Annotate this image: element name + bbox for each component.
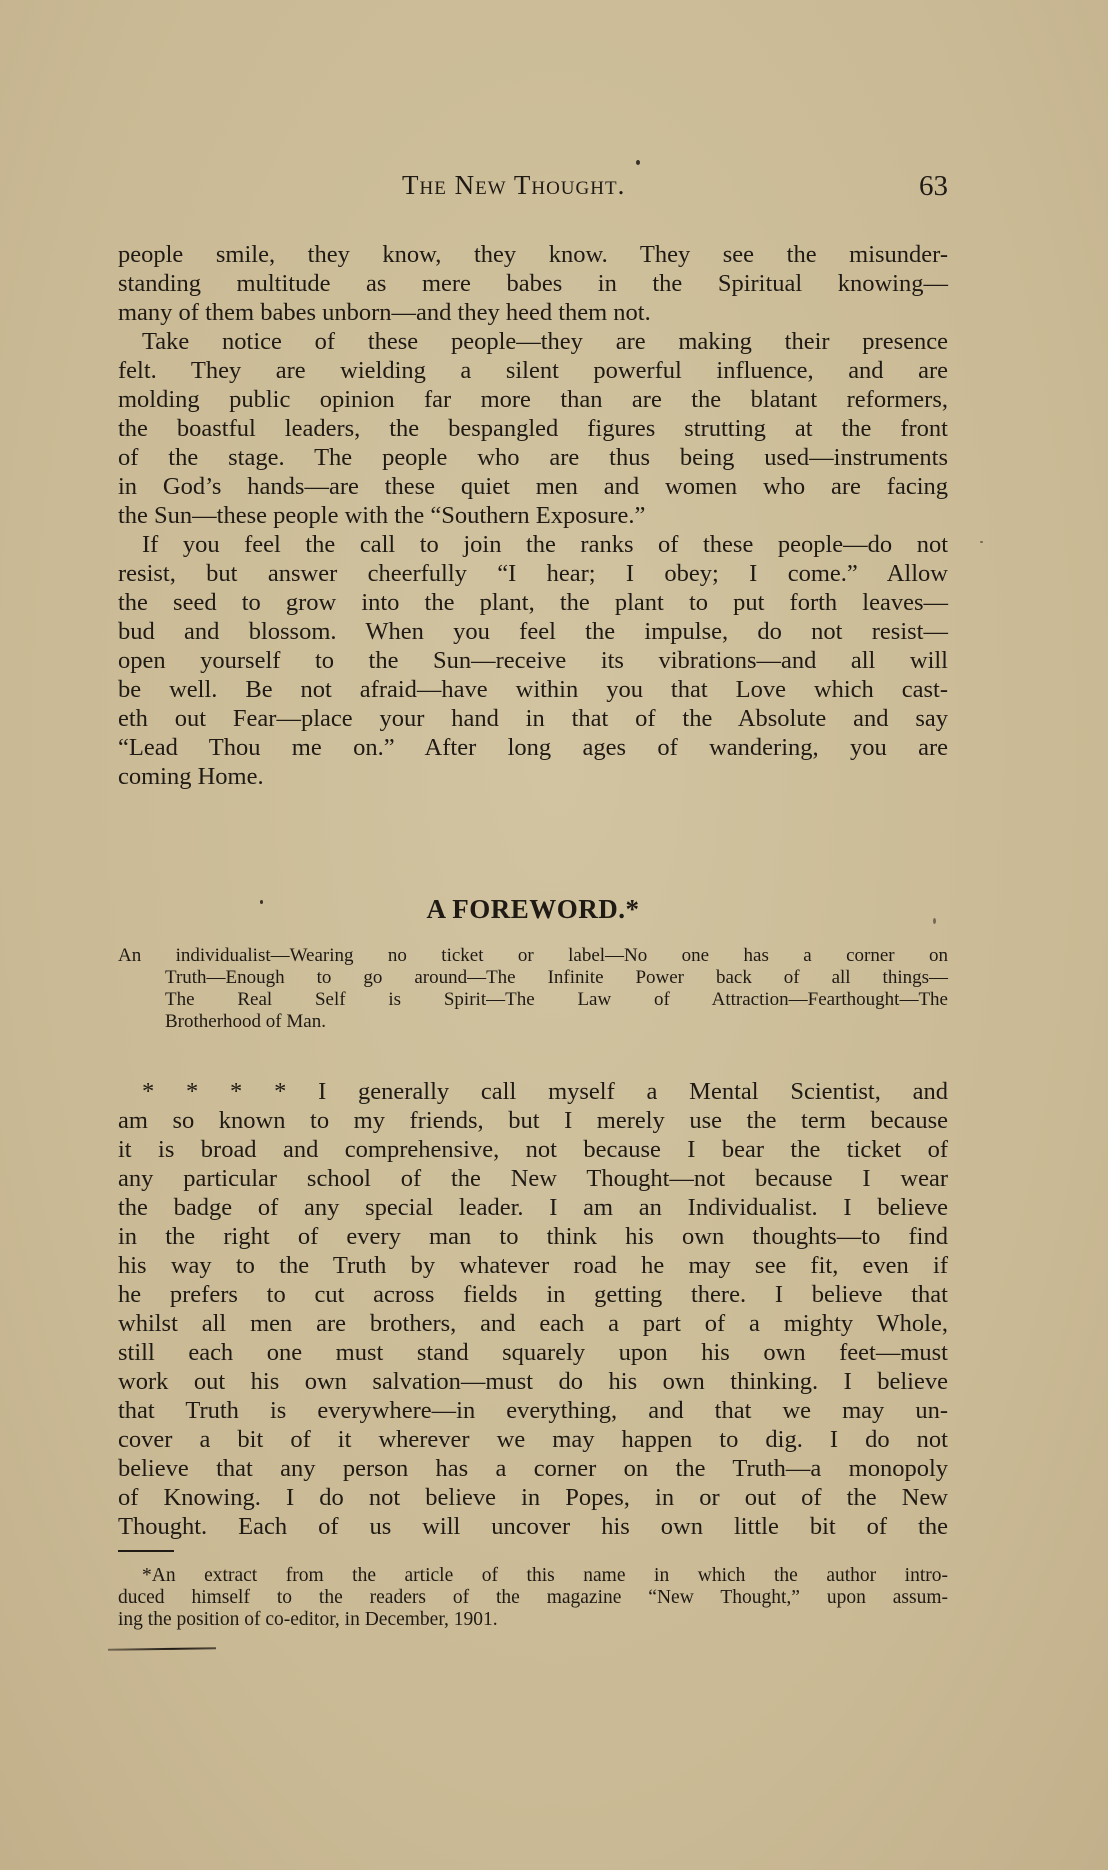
text-line: resist, but answer cheerfully “I hear; I… — [118, 559, 948, 588]
text-line: * * * * I generally call myself a Mental… — [118, 1077, 948, 1106]
running-head: The New Thought. 63 — [118, 170, 948, 210]
running-title: The New Thought. — [402, 170, 625, 201]
synopsis-line: An individualist—Wearing no ticket or la… — [118, 945, 948, 967]
text-line: people smile, they know, they know. They… — [118, 240, 948, 269]
text-line: bud and blossom. When you feel the impul… — [118, 617, 948, 646]
text-line: eth out Fear—place your hand in that of … — [118, 704, 948, 733]
text-line: coming Home. — [118, 762, 948, 791]
text-line: his way to the Truth by whatever road he… — [118, 1251, 948, 1280]
footnote-line: duced himself to the readers of the maga… — [118, 1587, 948, 1609]
continued-text: people smile, they know, they know. They… — [118, 240, 948, 791]
text-line: many of them babes unborn—and they heed … — [118, 298, 948, 327]
text-line: felt. They are wielding a silent powerfu… — [118, 356, 948, 385]
text-line: cover a bit of it wherever we may happen… — [118, 1425, 948, 1454]
footnote-line: ing the position of co-editor, in Decemb… — [118, 1609, 948, 1631]
chapter-synopsis: An individualist—Wearing no ticket or la… — [118, 945, 948, 1033]
text-line: the boastful leaders, the bespangled fig… — [118, 414, 948, 443]
text-line: believe that any person has a corner on … — [118, 1454, 948, 1483]
text-line: the seed to grow into the plant, the pla… — [118, 588, 948, 617]
text-line: standing multitude as mere babes in the … — [118, 269, 948, 298]
text-line: in the right of every man to think his o… — [118, 1222, 948, 1251]
decorative-end-rule — [108, 1647, 216, 1651]
text-line: Thought. Each of us will uncover his own… — [118, 1512, 948, 1541]
text-line: If you feel the call to join the ranks o… — [118, 530, 948, 559]
text-line: work out his own salvation—must do his o… — [118, 1367, 948, 1396]
synopsis-line: Truth—Enough to go around—The Infinite P… — [118, 967, 948, 989]
text-line: he prefers to cut across fields in getti… — [118, 1280, 948, 1309]
section-heading: A FOREWORD.* — [118, 894, 948, 925]
text-line: the Sun—these people with the “Southern … — [118, 501, 948, 530]
text-line: “Lead Thou me on.” After long ages of wa… — [118, 733, 948, 762]
footnote-line: *An extract from the article of this nam… — [118, 1565, 948, 1587]
text-line: it is broad and comprehensive, not becau… — [118, 1135, 948, 1164]
text-line: still each one must stand squarely upon … — [118, 1338, 948, 1367]
text-line: the badge of any special leader. I am an… — [118, 1193, 948, 1222]
text-line: of Knowing. I do not believe in Popes, i… — [118, 1483, 948, 1512]
text-line: in God’s hands—are these quiet men and w… — [118, 472, 948, 501]
text-line: molding public opinion far more than are… — [118, 385, 948, 414]
ink-speck — [636, 160, 640, 165]
synopsis-line: The Real Self is Spirit—The Law of Attra… — [118, 989, 948, 1011]
footnote-rule — [118, 1550, 174, 1552]
ink-speck — [980, 541, 983, 543]
page-number: 63 — [919, 170, 948, 203]
text-line: whilst all men are brothers, and each a … — [118, 1309, 948, 1338]
text-line: be well. Be not afraid—have within you t… — [118, 675, 948, 704]
text-line: of the stage. The people who are thus be… — [118, 443, 948, 472]
footnote: *An extract from the article of this nam… — [118, 1565, 948, 1631]
foreword-body: * * * * I generally call myself a Mental… — [118, 1077, 948, 1541]
text-line: am so known to my friends, but I merely … — [118, 1106, 948, 1135]
text-line: Take notice of these people—they are mak… — [118, 327, 948, 356]
text-line: any particular school of the New Thought… — [118, 1164, 948, 1193]
text-line: open yourself to the Sun—receive its vib… — [118, 646, 948, 675]
synopsis-line: Brotherhood of Man. — [118, 1011, 948, 1033]
text-line: that Truth is everywhere—in everything, … — [118, 1396, 948, 1425]
